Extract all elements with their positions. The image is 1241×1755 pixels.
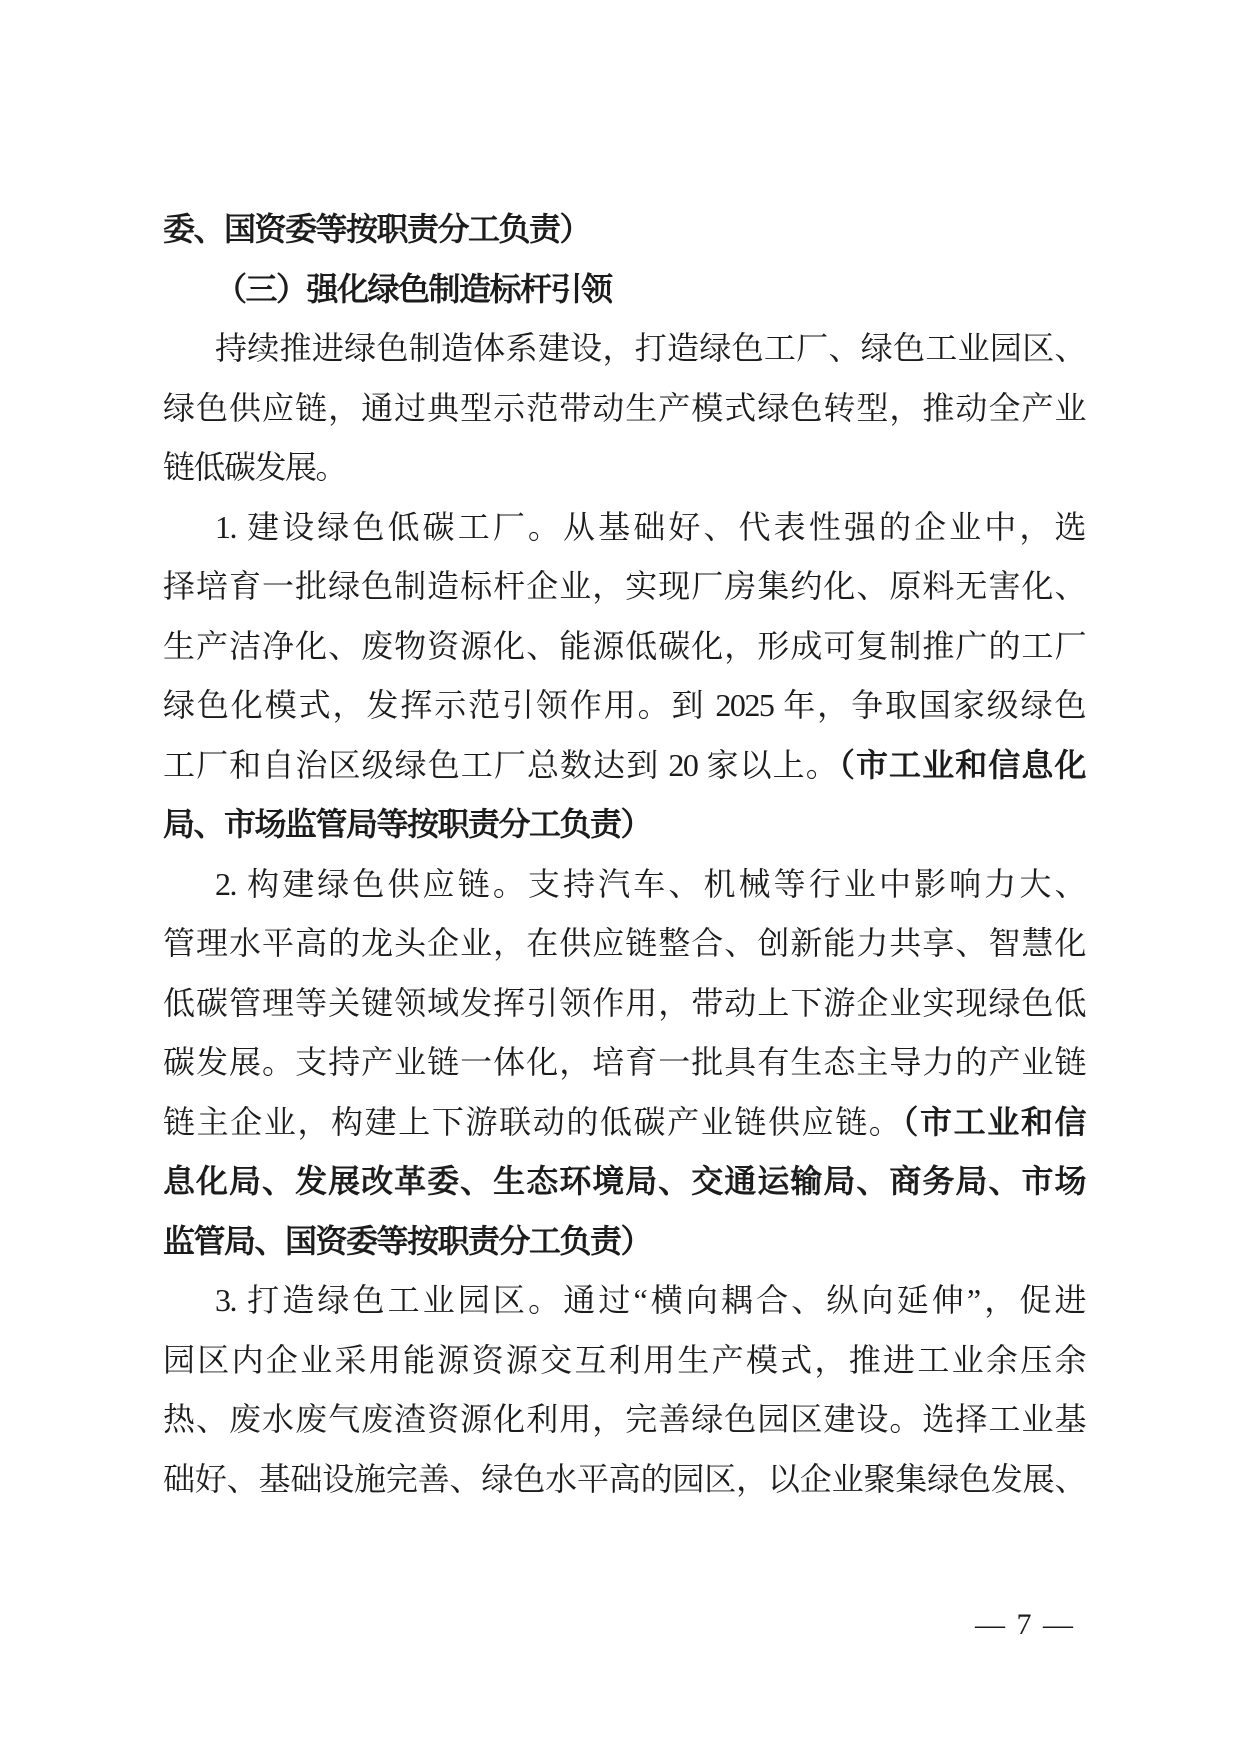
document-body: 委、国资委等按职责分工负责）（三）强化绿色制造标杆引领持续推进绿色制造体系建设，… xyxy=(163,200,1085,1509)
body-text: 园区内企业采用能源资源交互利用生产模式，推进工业余压余 xyxy=(163,1342,1085,1378)
document-page: 委、国资委等按职责分工负责）（三）强化绿色制造标杆引领持续推进绿色制造体系建设，… xyxy=(0,0,1241,1755)
text-line: 碳发展。支持产业链一体化，培育一批具有生态主导力的产业链 xyxy=(163,1033,1085,1093)
body-text: 2. 构建绿色供应链。支持汽车、机械等行业中影响力大、 xyxy=(215,866,1085,902)
text-line: 管理水平高的龙头企业，在供应链整合、创新能力共享、智慧化 xyxy=(163,914,1085,974)
text-line: 工厂和自治区级绿色工厂总数达到 20 家以上。（市工业和信息化 xyxy=(163,736,1085,796)
text-line: 1. 建设绿色低碳工厂。从基础好、代表性强的企业中，选 xyxy=(163,498,1085,558)
text-line: 息化局、发展改革委、生态环境局、交通运输局、商务局、市场 xyxy=(163,1152,1085,1212)
body-text: 绿色化模式，发挥示范引领作用。到 2025 年，争取国家级绿色 xyxy=(163,687,1085,723)
page-number: — 7 — xyxy=(975,1608,1075,1642)
text-line: 础好、基础设施完善、绿色水平高的园区，以企业聚集绿色发展、 xyxy=(163,1450,1085,1510)
body-text: 链低碳发展。 xyxy=(163,449,346,485)
body-text: 链主企业，构建上下游联动的低碳产业链供应链。 xyxy=(163,1104,902,1140)
attribution-text: （市工业和信 xyxy=(902,1104,1085,1140)
text-line: 委、国资委等按职责分工负责） xyxy=(163,200,1085,260)
text-line: 园区内企业采用能源资源交互利用生产模式，推进工业余压余 xyxy=(163,1331,1085,1391)
body-text: 绿色供应链，通过典型示范带动生产模式绿色转型，推动全产业 xyxy=(163,390,1085,426)
body-text: 持续推进绿色制造体系建设，打造绿色工厂、绿色工业园区、 xyxy=(215,330,1085,366)
text-line: 链低碳发展。 xyxy=(163,438,1085,498)
body-text: 碳发展。支持产业链一体化，培育一批具有生态主导力的产业链 xyxy=(163,1044,1085,1080)
text-line: 生产洁净化、废物资源化、能源低碳化，形成可复制推广的工厂 xyxy=(163,617,1085,677)
attribution-text: （市工业和信息化 xyxy=(839,747,1085,783)
section-heading-text: （三）强化绿色制造标杆引领 xyxy=(215,271,612,307)
body-text: 热、废水废气废渣资源化利用，完善绿色园区建设。选择工业基 xyxy=(163,1401,1085,1437)
attribution-text: 息化局、发展改革委、生态环境局、交通运输局、商务局、市场 xyxy=(163,1163,1085,1199)
text-line: 2. 构建绿色供应链。支持汽车、机械等行业中影响力大、 xyxy=(163,855,1085,915)
body-text: 3. 打造绿色工业园区。通过“横向耦合、纵向延伸”，促进 xyxy=(215,1282,1085,1318)
text-line: 监管局、国资委等按职责分工负责） xyxy=(163,1212,1085,1272)
body-text: 1. 建设绿色低碳工厂。从基础好、代表性强的企业中，选 xyxy=(215,509,1085,545)
text-line: 低碳管理等关键领域发挥引领作用，带动上下游企业实现绿色低 xyxy=(163,974,1085,1034)
body-text: 择培育一批绿色制造标杆企业，实现厂房集约化、原料无害化、 xyxy=(163,568,1085,604)
attribution-text: 委、国资委等按职责分工负责） xyxy=(163,211,590,247)
attribution-text: 监管局、国资委等按职责分工负责） xyxy=(163,1223,651,1259)
body-text: 生产洁净化、废物资源化、能源低碳化，形成可复制推广的工厂 xyxy=(163,628,1085,664)
text-line: 3. 打造绿色工业园区。通过“横向耦合、纵向延伸”，促进 xyxy=(163,1271,1085,1331)
text-line: 链主企业，构建上下游联动的低碳产业链供应链。（市工业和信 xyxy=(163,1093,1085,1153)
body-text: 工厂和自治区级绿色工厂总数达到 20 家以上。 xyxy=(163,747,839,783)
text-line: 持续推进绿色制造体系建设，打造绿色工厂、绿色工业园区、 xyxy=(163,319,1085,379)
attribution-text: 局、市场监管局等按职责分工负责） xyxy=(163,806,651,842)
body-text: 低碳管理等关键领域发挥引领作用，带动上下游企业实现绿色低 xyxy=(163,985,1085,1021)
text-line: 局、市场监管局等按职责分工负责） xyxy=(163,795,1085,855)
text-line: （三）强化绿色制造标杆引领 xyxy=(163,260,1085,320)
text-line: 热、废水废气废渣资源化利用，完善绿色园区建设。选择工业基 xyxy=(163,1390,1085,1450)
text-line: 绿色化模式，发挥示范引领作用。到 2025 年，争取国家级绿色 xyxy=(163,676,1085,736)
text-line: 绿色供应链，通过典型示范带动生产模式绿色转型，推动全产业 xyxy=(163,379,1085,439)
text-line: 择培育一批绿色制造标杆企业，实现厂房集约化、原料无害化、 xyxy=(163,557,1085,617)
body-text: 础好、基础设施完善、绿色水平高的园区，以企业聚集绿色发展、 xyxy=(163,1461,1085,1497)
body-text: 管理水平高的龙头企业，在供应链整合、创新能力共享、智慧化 xyxy=(163,925,1085,961)
